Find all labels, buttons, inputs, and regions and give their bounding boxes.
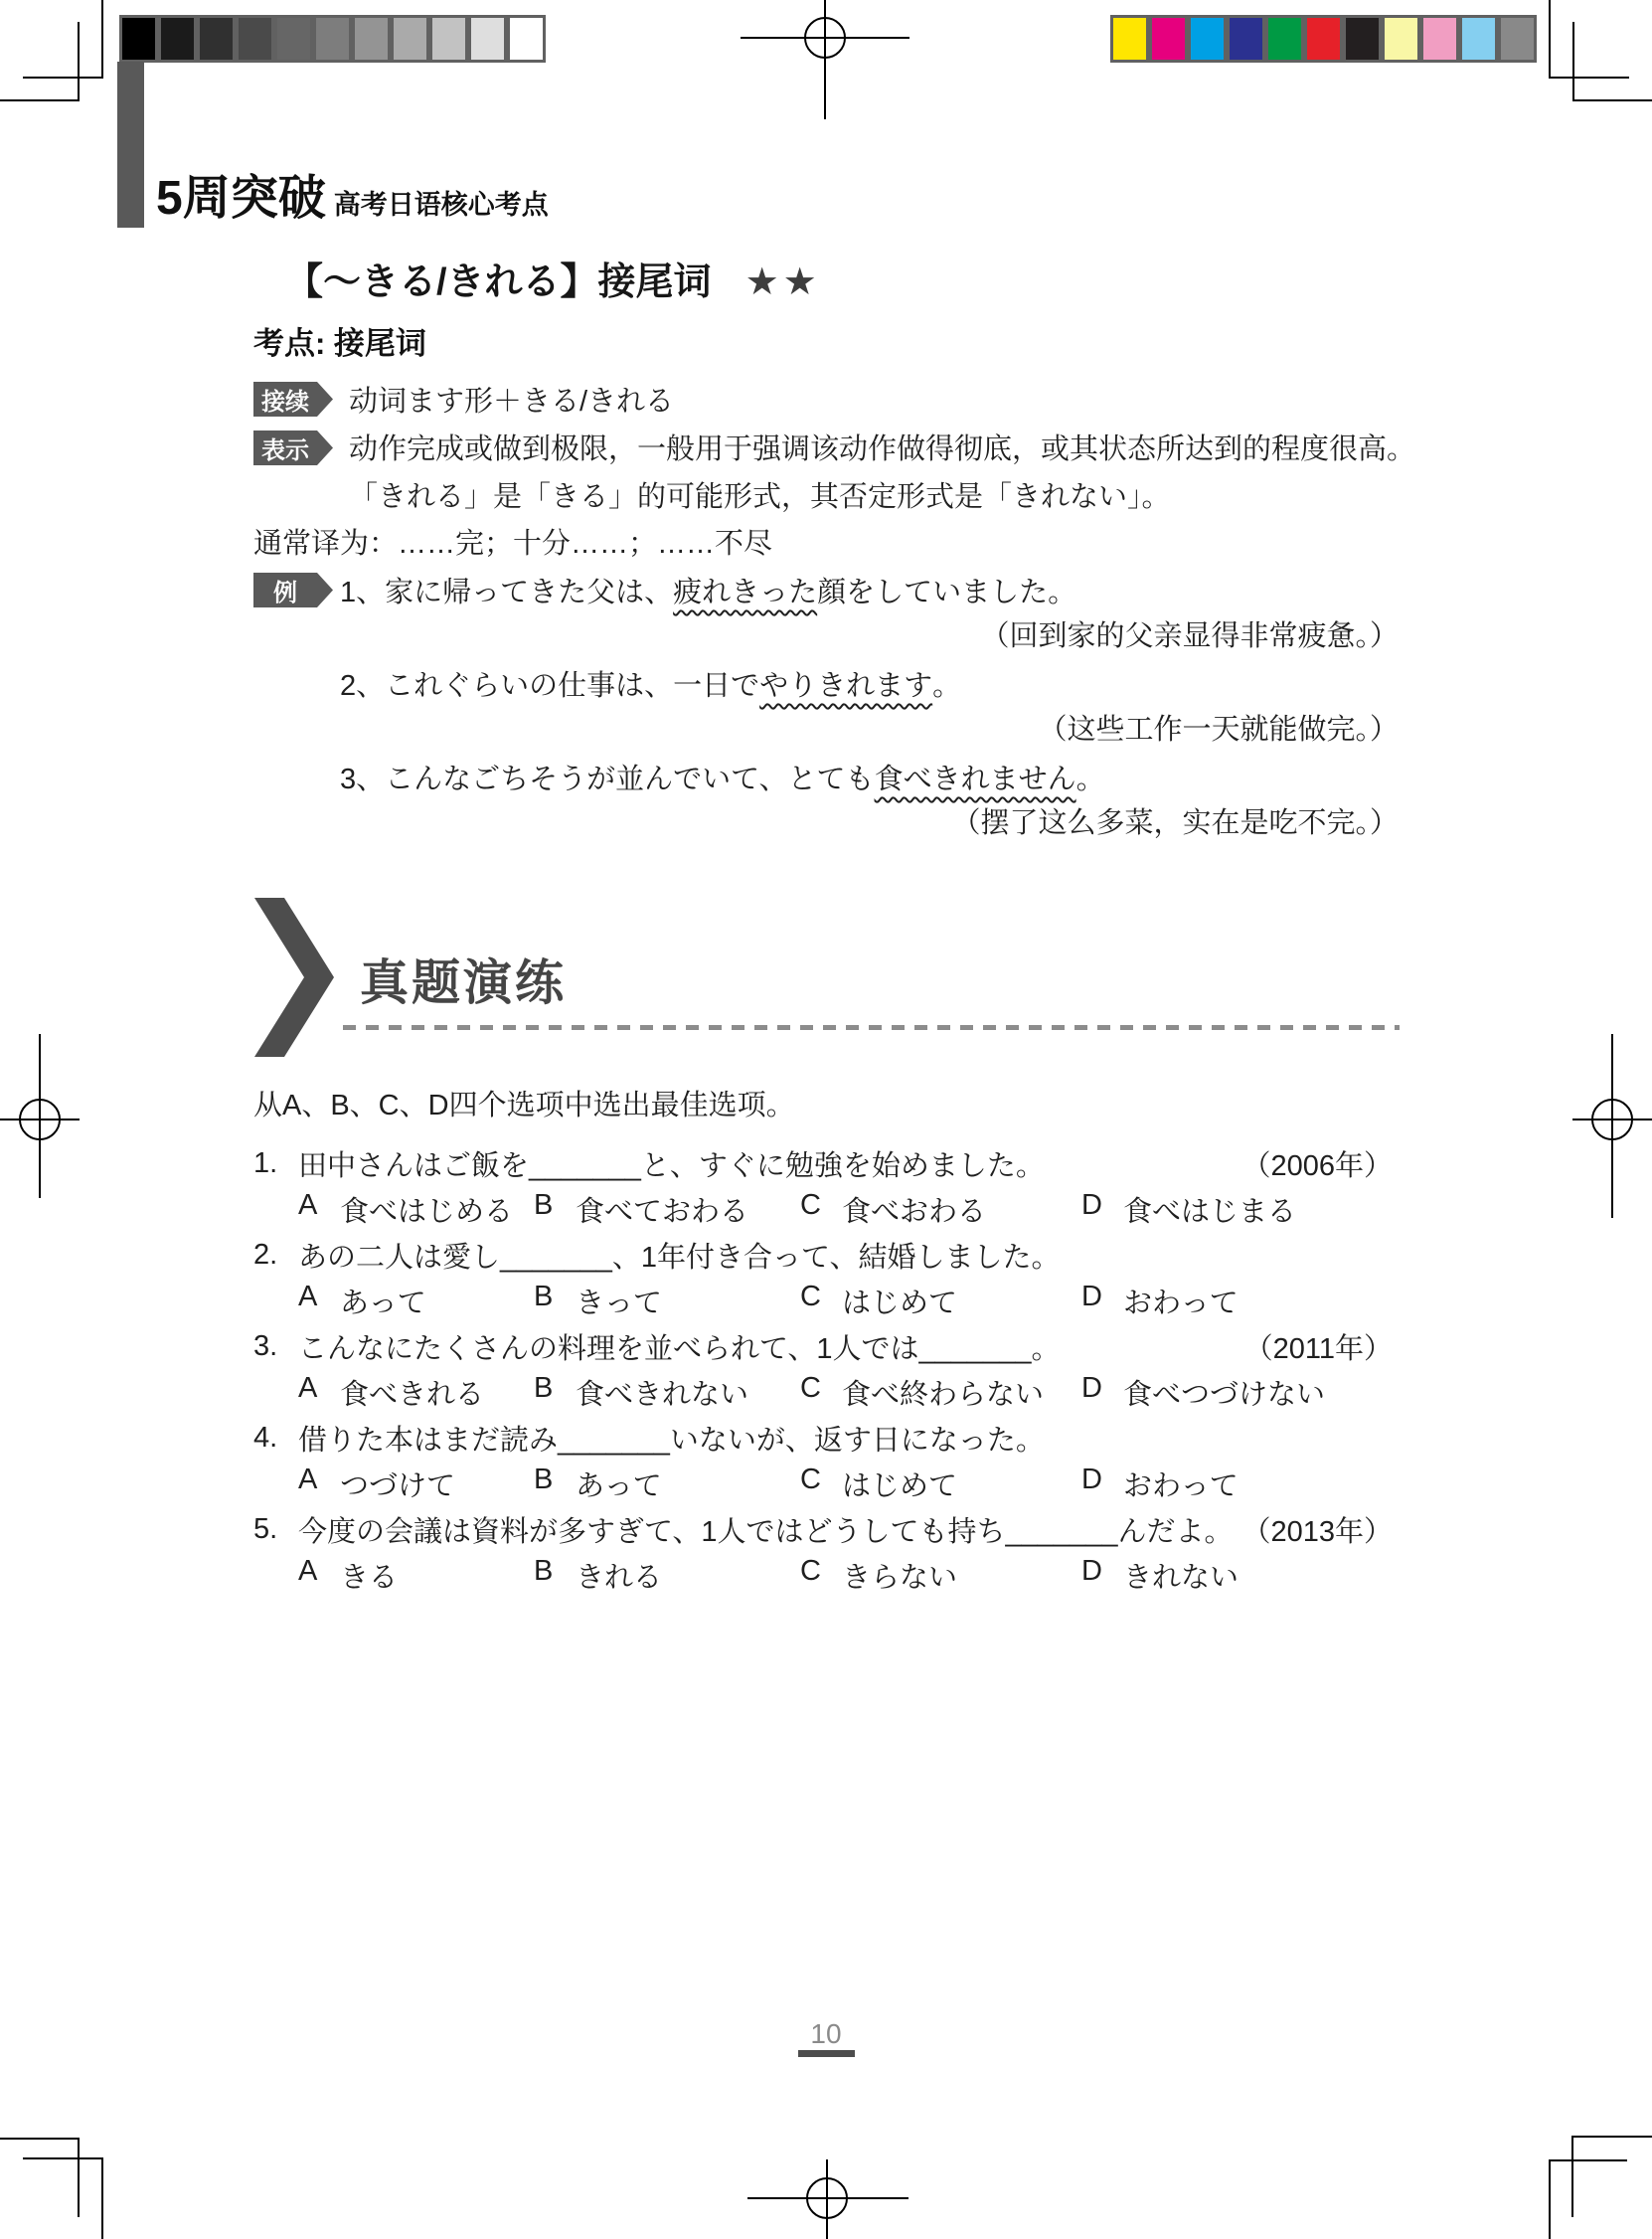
meaning-tag: 表示 [253,431,333,465]
question-1-stem: 1. 田中さんはご飯を_______と、すぐに勉強を始めました。 （2006年） [253,1140,1399,1186]
example-3-translation: （摆了这么多菜，实在是吃不完。） [253,800,1399,847]
question-5-stem: 5. 今度の会議は資料が多すぎて、1人ではどうしても持ち_______んだよ。 … [253,1506,1399,1552]
option-label: B [534,1281,576,1321]
meaning-text: 动作完成或做到极限，一般用于强调该动作做得彻底，或其状态所达到的程度很高。 「き… [349,426,1415,521]
option-label: A [298,1464,340,1504]
exercise-instruction: 从A、B、C、D四个选项中选出最佳选项。 [253,1083,795,1123]
connection-tag: 接续 [253,382,333,417]
option-text: 食べきれる [340,1372,484,1413]
option-text: おわって [1123,1281,1239,1321]
option-label: A [298,1281,340,1321]
example-1-pre: 1、家に帰ってきた父は、 [340,570,673,610]
header-text: 5周突破 高考日语核心考点 [156,159,549,228]
option-label: D [1081,1281,1123,1321]
question-3-stem: 3. こんなにたくさんの料理を並べられて、1人では_______。 （2011年… [253,1323,1399,1369]
option-a: Aきる [298,1555,534,1596]
question-number: 1. [253,1147,298,1180]
series-title: 5周突破 [156,159,326,228]
option-text: あって [576,1464,662,1504]
question-5-options: Aきる Bきれる Cきらない Dきれない [298,1552,1399,1598]
option-text: 食べきれない [576,1372,748,1413]
book-header: 5周突破 高考日语核心考点 [117,62,549,228]
color-swatch [1188,15,1227,63]
question-number: 4. [253,1422,298,1455]
grayscale-swatch [197,15,236,63]
example-1-translation: （回到家的父亲显得非常疲惫。） [253,613,1399,660]
grayscale-swatch [158,15,197,63]
color-swatch [1149,15,1188,63]
option-b: B食べきれない [534,1372,800,1413]
color-swatch [1343,15,1382,63]
option-text: 食べ終わらない [842,1372,1044,1413]
option-b: Bあって [534,1464,800,1504]
question-text: 今度の会議は資料が多すぎて、1人ではどうしても持ち_______んだよ。 [298,1509,1241,1550]
example-3-pre: 3、こんなごちそうが並んでいて、とても [340,757,875,797]
option-text: 食べておわる [576,1189,748,1230]
grayscale-swatch [236,15,274,63]
connection-row: 接续 动词ます形＋きる/きれる [253,379,674,420]
question-2-stem: 2. あの二人は愛し_______、1年付き合って、結婚しました。 [253,1232,1399,1278]
option-label: A [298,1372,340,1413]
question-year: （2011年） [1244,1326,1393,1367]
question-text: あの二人は愛し_______、1年付き合って、結婚しました。 [298,1235,1393,1276]
question-number: 5. [253,1513,298,1546]
example-sentence: 3、こんなごちそうが並んでいて、とても食べきれません。 [253,754,1399,800]
question-4-options: Aつづけて Bあって Cはじめて Dおわって [298,1461,1399,1506]
color-swatch [1227,15,1265,63]
question-2-options: Aあって Bきって Cはじめて Dおわって [298,1278,1399,1323]
option-text: あって [340,1281,426,1321]
question-year: （2013年） [1241,1509,1393,1550]
color-swatch [1382,15,1420,63]
grayscale-swatch [313,15,352,63]
option-label: C [800,1372,842,1413]
lesson-title: 【～きる/きれる】接尾词★★ [285,251,821,305]
option-label: D [1081,1555,1123,1596]
page-number: 10 [0,2018,1652,2050]
option-label: A [298,1189,340,1230]
usual-translation-line: 通常译为：……完；十分……；……不尽 [253,521,772,562]
option-d: D食べつづけない [1081,1372,1399,1413]
option-text: はじめて [842,1464,957,1504]
grayscale-swatch [274,15,313,63]
crop-mark-bottom-right-b [1549,2159,1627,2239]
crop-mark-bottom-left-b [0,2138,80,2217]
meaning-row: 表示 动作完成或做到极限，一般用于强调该动作做得彻底，或其状态所达到的程度很高。… [253,426,1415,521]
option-b: B食べておわる [534,1189,800,1230]
questions-list: 1. 田中さんはご飯を_______と、すぐに勉強を始めました。 （2006年）… [253,1140,1399,1598]
example-2-highlight: やりきれます [759,663,932,704]
option-label: D [1081,1372,1123,1413]
option-label: C [800,1464,842,1504]
option-d: Dきれない [1081,1555,1399,1596]
crop-mark-top-left-b [0,22,80,101]
chevron-icon [254,898,334,1057]
meaning-line-1: 动作完成或做到极限，一般用于强调该动作做得彻底，或其状态所达到的程度很高。 [349,426,1415,473]
option-b: Bきれる [534,1555,800,1596]
option-d: Dおわって [1081,1464,1399,1504]
connection-text: 动词ます形＋きる/きれる [349,379,674,420]
option-text: つづけて [340,1464,455,1504]
exercise-section-title: 真题演练 [360,945,567,1014]
question-number: 2. [253,1239,298,1272]
option-label: B [534,1189,576,1230]
option-a: A食べはじめる [298,1189,534,1230]
option-text: きらない [842,1555,957,1596]
grayscale-swatch [429,15,468,63]
option-c: C食べおわる [800,1189,1081,1230]
exam-point-line: 考点: 接尾词 [253,318,426,363]
color-swatch [1304,15,1343,63]
option-label: B [534,1464,576,1504]
examples-block: 例 1、家に帰ってきた父は、疲れきった顔をしていました。 （回到家的父亲显得非常… [253,567,1399,847]
crop-mark-top-right-b [1572,22,1652,101]
option-text: 食べはじまる [1123,1189,1296,1230]
option-c: C食べ終わらない [800,1372,1081,1413]
question-1-options: A食べはじめる B食べておわる C食べおわる D食べはじまる [298,1186,1399,1232]
series-subtitle: 高考日语核心考点 [334,183,549,222]
question-text: 借りた本はまだ読み_______いないが、返す日になった。 [298,1418,1393,1459]
grayscale-swatch [468,15,507,63]
option-d: D食べはじまる [1081,1189,1399,1230]
example-1-post: 顔をしていました。 [817,570,1076,610]
option-text: きれない [1123,1555,1239,1596]
grayscale-swatch [507,15,546,63]
option-a: Aつづけて [298,1464,534,1504]
option-c: Cはじめて [800,1281,1081,1321]
example-2-post: 。 [932,663,961,704]
option-text: 食べおわる [842,1189,986,1230]
example-sentence: 2、これぐらいの仕事は、一日でやりきれます。 [253,660,1399,707]
color-swatch [1265,15,1304,63]
question-text: 田中さんはご飯を_______と、すぐに勉強を始めました。 [298,1143,1241,1184]
option-label: B [534,1555,576,1596]
example-sentence: 例 1、家に帰ってきた父は、疲れきった顔をしていました。 [253,567,1399,613]
option-d: Dおわって [1081,1281,1399,1321]
option-label: C [800,1189,842,1230]
question-4-stem: 4. 借りた本はまだ読み_______いないが、返す日になった。 [253,1415,1399,1461]
grayscale-calibration-bar [119,15,546,63]
option-text: 食べつづけない [1123,1372,1325,1413]
example-tag: 例 [253,573,333,607]
example-3-highlight: 食べきれません [875,757,1076,797]
difficulty-stars: ★★ [745,261,821,303]
option-text: 食べはじめる [340,1189,513,1230]
option-text: おわって [1123,1464,1239,1504]
option-text: きって [576,1281,662,1321]
book-page: 5周突破 高考日语核心考点 【～きる/きれる】接尾词★★ 考点: 接尾词 接续 … [0,0,1652,2239]
grayscale-swatch [119,15,158,63]
option-a: Aあって [298,1281,534,1321]
question-3-options: A食べきれる B食べきれない C食べ終わらない D食べつづけない [298,1369,1399,1415]
question-year: （2006年） [1241,1143,1393,1184]
option-a: A食べきれる [298,1372,534,1413]
question-number: 3. [253,1330,298,1363]
color-calibration-bar [1110,15,1537,63]
option-label: D [1081,1189,1123,1230]
option-b: Bきって [534,1281,800,1321]
example-1-highlight: 疲れきった [673,570,817,610]
meaning-line-2: 「きれる」是「きる」的可能形式，其否定形式是「きれない」。 [349,473,1415,521]
example-3-post: 。 [1076,757,1105,797]
header-accent-bar [117,62,144,228]
option-label: C [800,1281,842,1321]
grayscale-swatch [391,15,429,63]
dashed-divider [343,1025,1400,1030]
page-number-underline [798,2050,855,2057]
grayscale-swatch [352,15,391,63]
option-c: Cきらない [800,1555,1081,1596]
option-label: C [800,1555,842,1596]
option-label: A [298,1555,340,1596]
option-text: きる [340,1555,398,1596]
option-text: きれる [576,1555,662,1596]
option-label: B [534,1372,576,1413]
color-swatch [1459,15,1498,63]
option-text: はじめて [842,1281,957,1321]
option-label: D [1081,1464,1123,1504]
color-swatch [1110,15,1149,63]
example-2-pre: 2、これぐらいの仕事は、一日で [340,663,759,704]
lesson-title-text: 【～きる/きれる】接尾词 [285,261,712,303]
option-c: Cはじめて [800,1464,1081,1504]
color-swatch [1498,15,1537,63]
example-2-translation: （这些工作一天就能做完。） [253,707,1399,754]
question-text: こんなにたくさんの料理を並べられて、1人では_______。 [298,1326,1244,1367]
color-swatch [1420,15,1459,63]
